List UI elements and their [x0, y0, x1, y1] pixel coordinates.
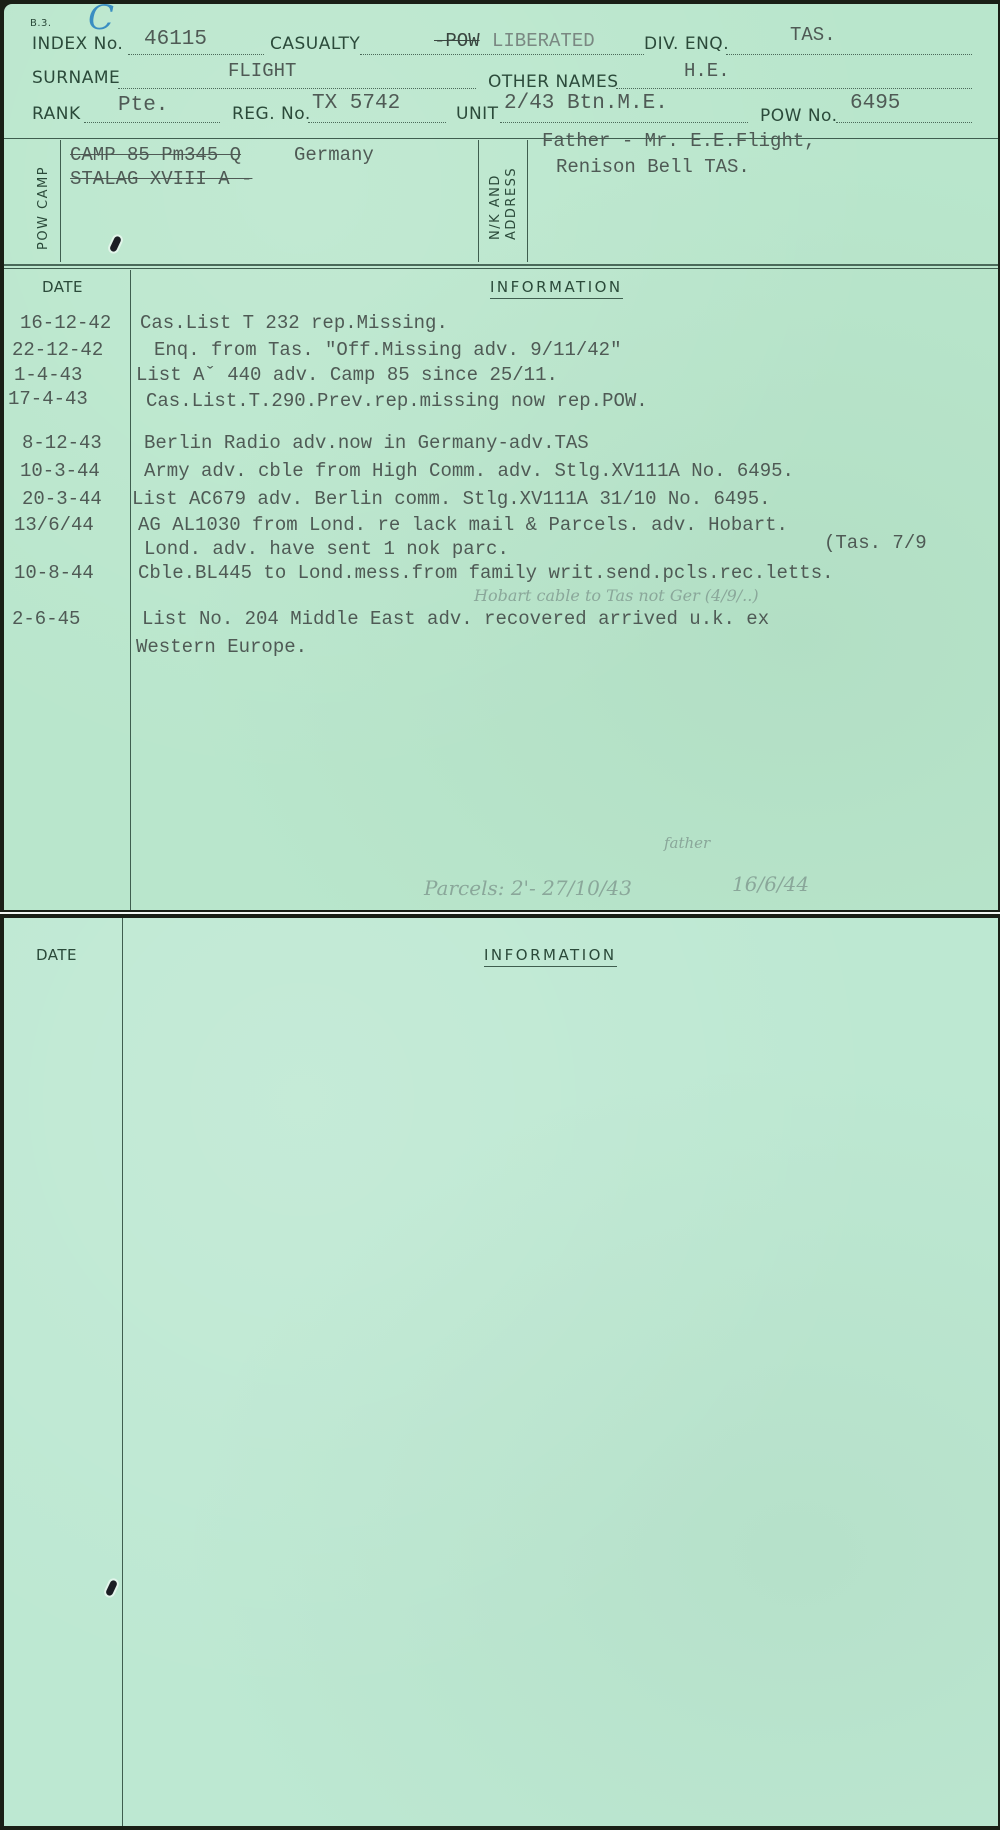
row-date: 16-12-42: [20, 312, 111, 334]
row-date: 10-3-44: [20, 460, 100, 482]
row-info: Lond. adv. have sent 1 nok parc.: [144, 538, 509, 560]
form-code: B.3.: [30, 18, 52, 29]
row-info: Berlin Radio adv.now in Germany-adv.TAS: [144, 432, 589, 454]
casualty-label: CASUALTY: [270, 34, 360, 54]
handwritten-c-mark: C: [88, 0, 114, 38]
unit-value: 2/43 Btn.M.E.: [504, 92, 668, 115]
pow-no-label: POW No.: [760, 106, 838, 126]
row-date: 13/6/44: [14, 514, 94, 536]
row-info: Cas.List T 232 rep.Missing.: [140, 312, 448, 334]
index-card-back: DATE INFORMATION: [4, 918, 998, 1826]
pow-no-value: 6495: [850, 92, 900, 115]
pow-camp-struck-1: CAMP 85 Pm345 Q: [70, 144, 241, 166]
surname-label: SURNAME: [32, 68, 120, 88]
index-card-front: B.3. C INDEX No. 46115 CASUALTY -POW LIB…: [4, 4, 998, 910]
aside-note: (Tas. 7/9: [824, 532, 927, 554]
nok-label-line2: ADDRESS: [504, 167, 519, 240]
row-date: 10-8-44: [14, 562, 94, 584]
index-no-label: INDEX No.: [32, 34, 123, 54]
row-info: Cble.BL445 to Lond.mess.from family writ…: [138, 562, 834, 584]
row-info: Enq. from Tas. "Off.Missing adv. 9/11/42…: [154, 339, 621, 361]
row-date: 1-4-43: [14, 364, 82, 386]
rank-label: RANK: [32, 104, 81, 124]
date-header: DATE: [42, 278, 83, 296]
nok-label-line1: N/K AND: [488, 174, 503, 240]
row-info: Western Europe.: [136, 636, 307, 658]
div-enq-label: DIV. ENQ.: [644, 34, 729, 54]
reg-no-value: TX 5742: [312, 92, 400, 115]
row-info: AG AL1030 from Lond. re lack mail & Parc…: [138, 514, 788, 536]
pencil-footer-above: father: [664, 834, 710, 852]
back-information-header: INFORMATION: [484, 946, 617, 967]
pow-camp-value: Germany: [294, 144, 374, 166]
punch-hole: [105, 1579, 118, 1596]
row-info: List AC679 adv. Berlin comm. Stlg.XV111A…: [132, 488, 771, 510]
pow-camp-label: POW CAMP: [36, 166, 51, 250]
row-info: Cas.List.T.290.Prev.rep.missing now rep.…: [146, 390, 648, 412]
reg-no-label: REG. No.: [232, 104, 311, 124]
pencil-footer-date: 16/6/44: [732, 872, 809, 896]
information-header: INFORMATION: [490, 278, 623, 299]
other-names-label: OTHER NAMES: [488, 72, 619, 92]
pencil-note-row: Hobart cable to Tas not Ger (4/9/..): [474, 586, 759, 605]
row-date: 2-6-45: [12, 608, 80, 630]
casualty-value: LIBERATED: [492, 30, 595, 52]
index-no-value: 46115: [144, 28, 207, 51]
nok-line2: Renison Bell TAS.: [556, 156, 750, 178]
pencil-footer: Parcels: 2'- 27/10/43: [424, 876, 632, 900]
row-info: List Aˇ 440 adv. Camp 85 since 25/11.: [136, 364, 558, 386]
row-date: 20-3-44: [22, 488, 102, 510]
row-date: 17-4-43: [8, 388, 88, 410]
row-info: Army adv. cble from High Comm. adv. Stlg…: [144, 460, 794, 482]
rank-value: Pte.: [118, 94, 168, 117]
div-enq-value: TAS.: [790, 24, 836, 46]
pow-camp-struck-2: STALAG XVIII A -: [70, 168, 252, 190]
other-names-value: H.E.: [684, 60, 730, 82]
scan-separator: [0, 912, 1000, 914]
punch-hole: [109, 235, 122, 252]
row-date: 22-12-42: [12, 339, 103, 361]
casualty-struck-value: -POW: [434, 30, 480, 52]
back-date-header: DATE: [36, 946, 77, 964]
unit-label: UNIT: [456, 104, 499, 124]
nok-line1: Father - Mr. E.E.Flight,: [542, 130, 816, 152]
row-date: 8-12-43: [22, 432, 102, 454]
surname-value: FLIGHT: [228, 60, 296, 82]
row-info: List No. 204 Middle East adv. recovered …: [142, 608, 769, 630]
